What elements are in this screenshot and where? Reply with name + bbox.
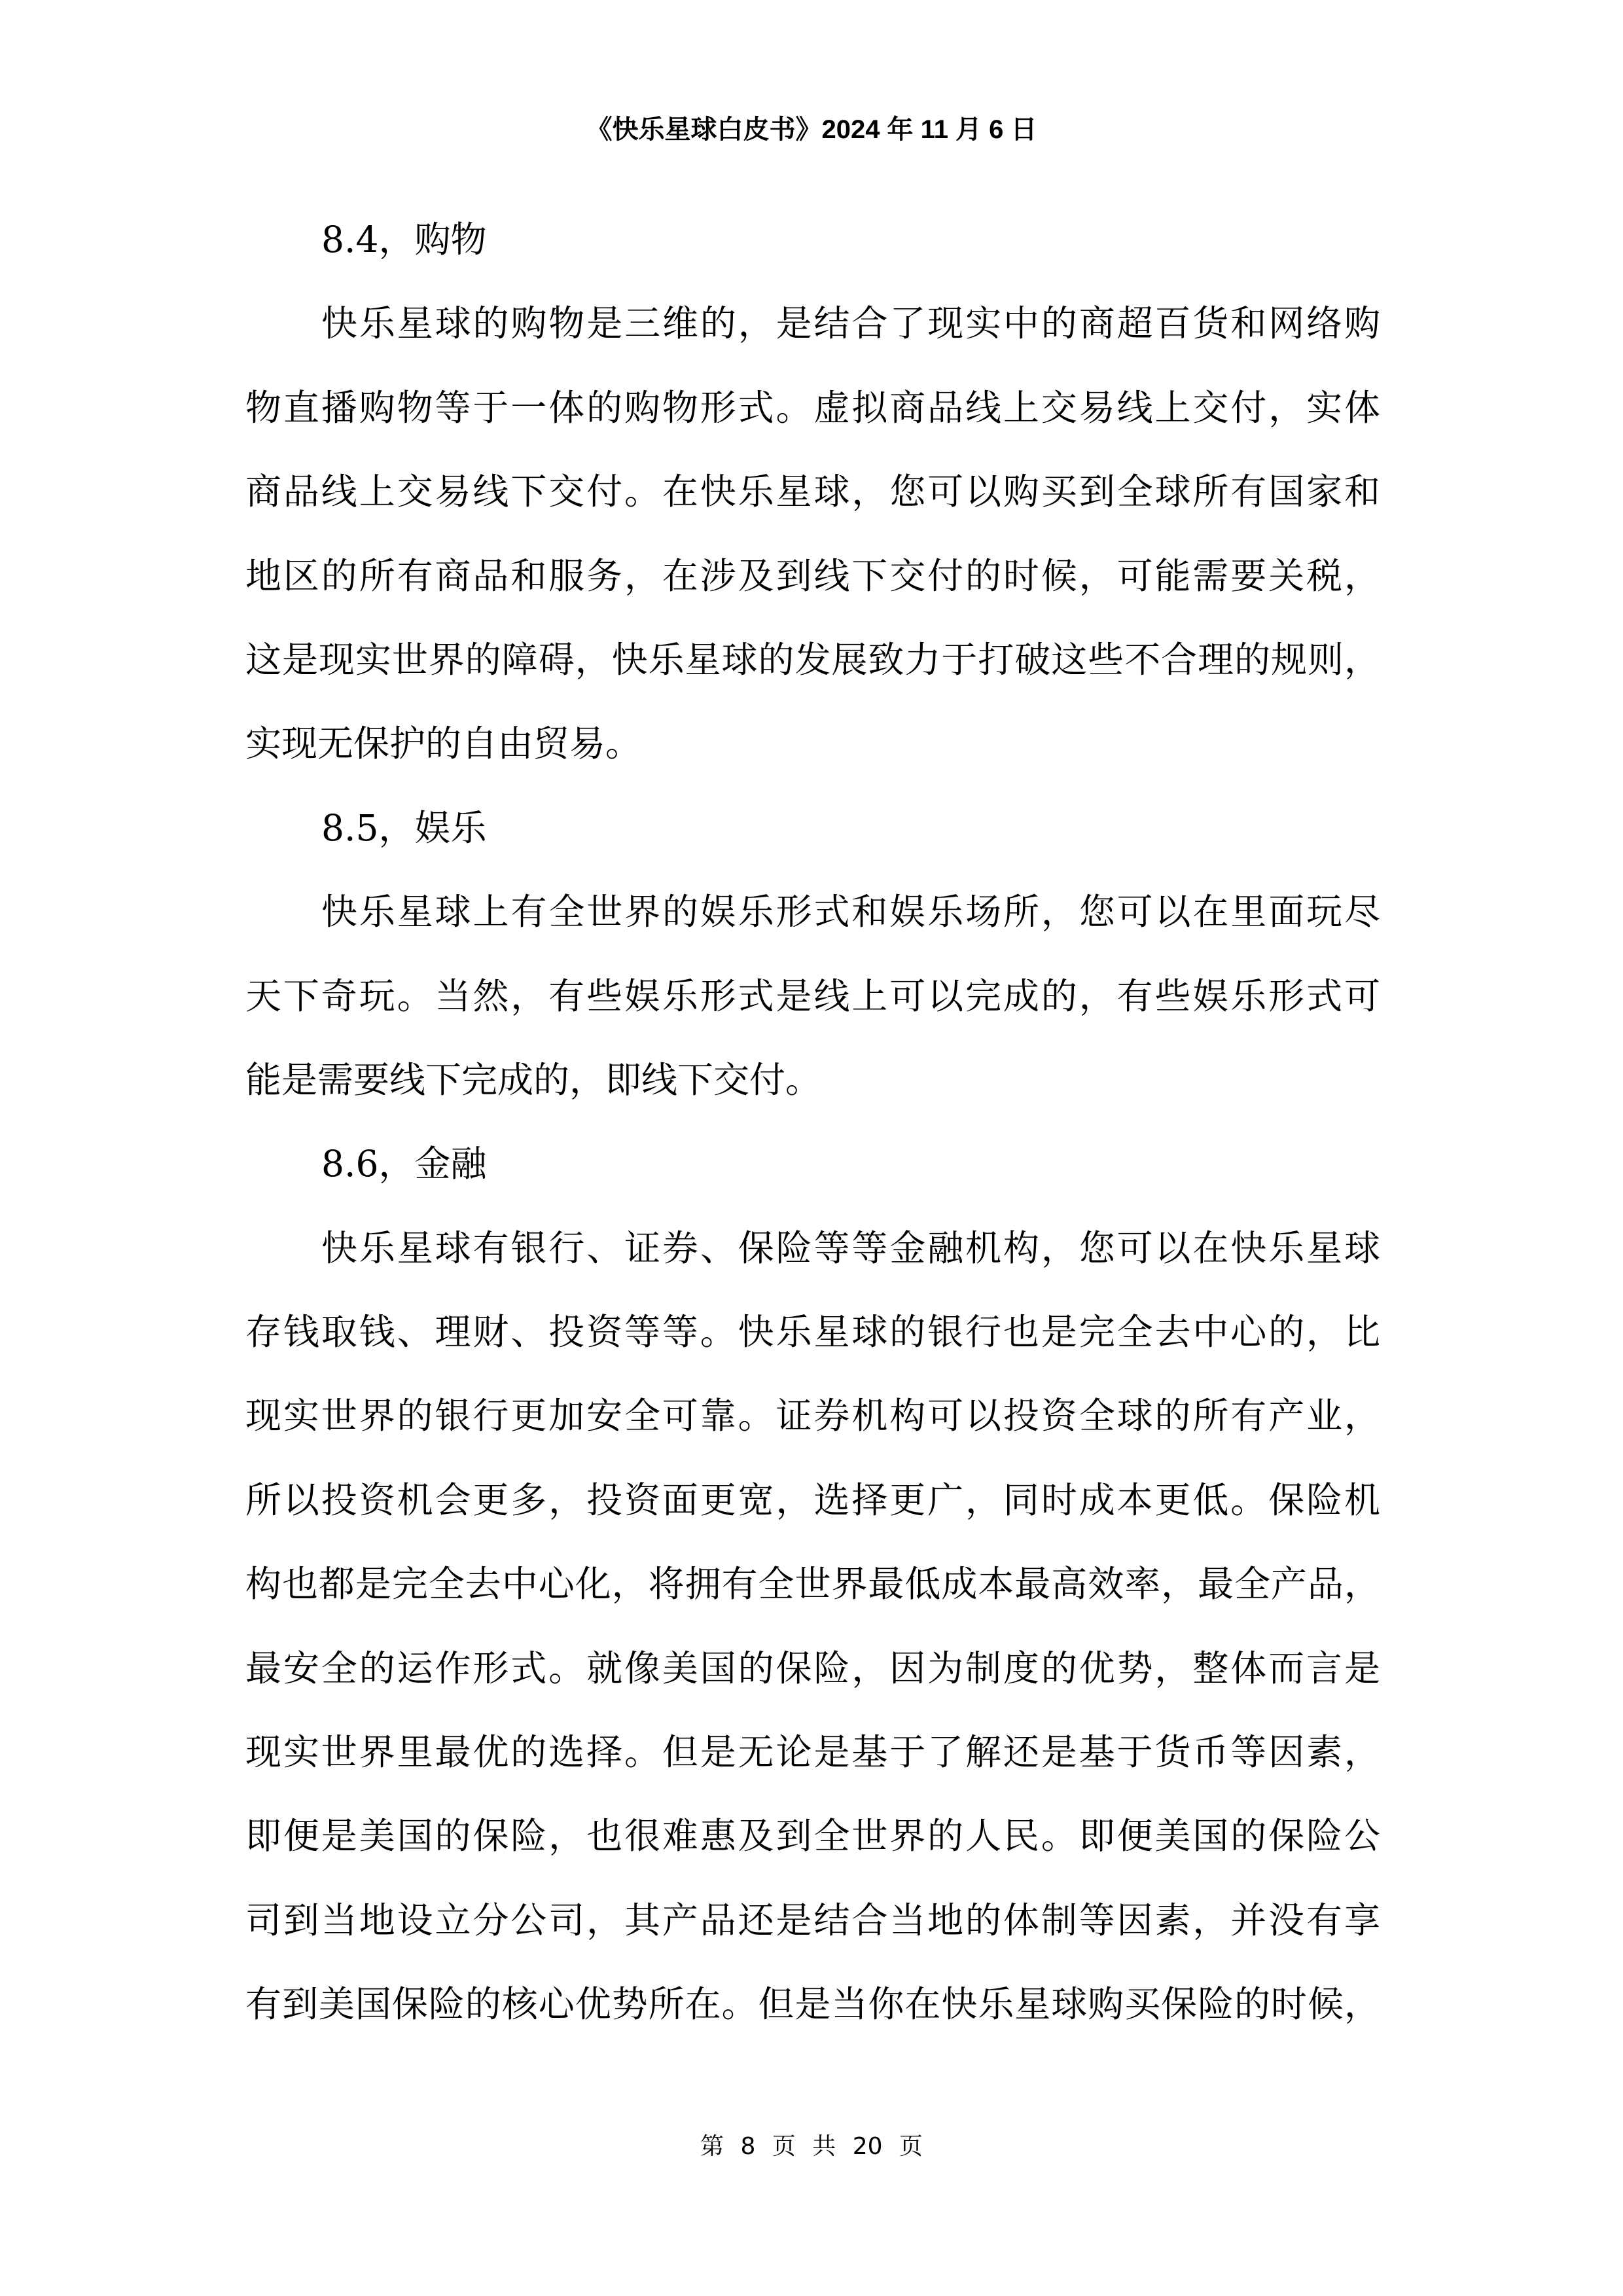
paragraph-line: 最安全的运作形式。就像美国的保险，因为制度的优势，整体而言是 — [245, 1642, 1380, 1726]
paragraph-line: 商品线上交易线下交付。在快乐星球，您可以购买到全球所有国家和 — [245, 465, 1380, 549]
page-footer: 第 8 页 共 20 页 — [0, 2128, 1623, 2165]
section-heading-entertainment: 8.5，娱乐 — [245, 802, 1380, 886]
paragraph-line: 即便是美国的保险，也很难惠及到全世界的人民。即便美国的保险公 — [245, 1810, 1380, 1893]
paragraph-line: 快乐星球有银行、证券、保险等等金融机构，您可以在快乐星球 — [245, 1222, 1380, 1306]
paragraph-line: 现实世界的银行更加安全可靠。证券机构可以投资全球的所有产业， — [245, 1390, 1380, 1473]
paragraph-line: 天下奇玩。当然，有些娱乐形式是线上可以完成的，有些娱乐形式可 — [245, 970, 1380, 1054]
paragraph-line: 实现无保护的自由贸易。 — [245, 717, 1380, 801]
section-heading-finance: 8.6，金融 — [245, 1138, 1380, 1221]
page-header: 《快乐星球白皮书》2024 年 11 月 6 日 — [0, 110, 1623, 149]
paragraph-line: 这是现实世界的障碍，快乐星球的发展致力于打破这些不合理的规则， — [245, 634, 1380, 717]
document-body: 8.4，购物 快乐星球的购物是三维的，是结合了现实中的商超百货和网络购 物直播购… — [245, 213, 1380, 2062]
paragraph-line: 有到美国保险的核心优势所在。但是当你在快乐星球购买保险的时候， — [245, 1978, 1380, 2062]
section-heading-shopping: 8.4，购物 — [245, 213, 1380, 297]
paragraph-line: 所以投资机会更多，投资面更宽，选择更广，同时成本更低。保险机 — [245, 1474, 1380, 1558]
document-title-date: 《快乐星球白皮书》2024 年 11 月 6 日 — [586, 115, 1037, 144]
paragraph-line: 能是需要线下完成的，即线下交付。 — [245, 1054, 1380, 1138]
paragraph-line: 快乐星球上有全世界的娱乐形式和娱乐场所，您可以在里面玩尽 — [245, 886, 1380, 969]
paragraph-line: 现实世界里最优的选择。但是无论是基于了解还是基于货币等因素， — [245, 1726, 1380, 1810]
paragraph-line: 司到当地设立分公司，其产品还是结合当地的体制等因素，并没有享 — [245, 1894, 1380, 1978]
paragraph-line: 物直播购物等于一体的购物形式。虚拟商品线上交易线上交付，实体 — [245, 382, 1380, 465]
paragraph-line: 快乐星球的购物是三维的，是结合了现实中的商超百货和网络购 — [245, 297, 1380, 381]
paragraph-line: 构也都是完全去中心化，将拥有全世界最低成本最高效率，最全产品， — [245, 1558, 1380, 1641]
paragraph-line: 存钱取钱、理财、投资等等。快乐星球的银行也是完全去中心的，比 — [245, 1306, 1380, 1390]
paragraph-line: 地区的所有商品和服务，在涉及到线下交付的时候，可能需要关税， — [245, 550, 1380, 634]
page-number: 第 8 页 共 20 页 — [700, 2133, 923, 2160]
